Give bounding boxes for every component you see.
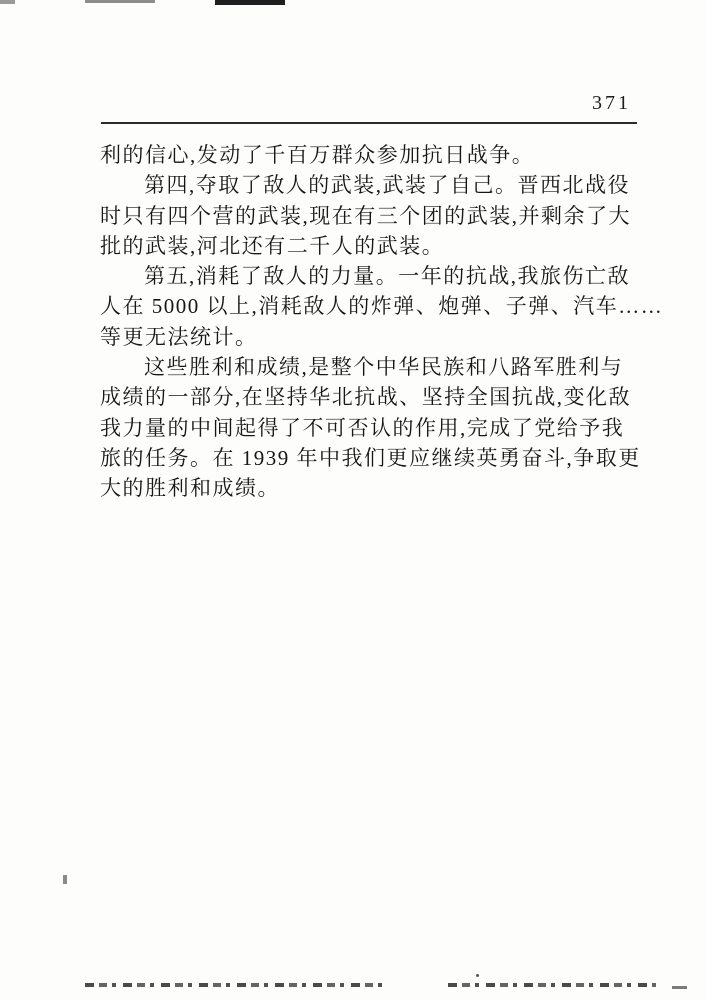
- text-line: 批的武装,河北还有二千人的武装。: [100, 231, 652, 261]
- text-line: 大的胜利和成绩。: [100, 473, 652, 503]
- text-line: 等更无法统计。: [100, 322, 652, 352]
- scan-smudge-bottom-right: [448, 983, 656, 987]
- header-rule: [101, 122, 637, 124]
- scan-artifact-top-left: [0, 0, 15, 4]
- text-line: 旅的任务。在 1939 年中我们更应继续英勇奋斗,争取更: [100, 443, 652, 473]
- scan-smudge-bottom-left: [85, 983, 385, 987]
- text-line: 第五,消耗了敌人的力量。一年的抗战,我旅伤亡敌: [100, 261, 652, 291]
- text-line: 利的信心,发动了千百万群众参加抗日战争。: [100, 140, 652, 170]
- scan-speck-bottom-right: [672, 986, 687, 989]
- text-line: 人在 5000 以上,消耗敌人的炸弹、炮弹、子弹、汽车……: [100, 291, 652, 321]
- page-number: 371: [592, 92, 631, 115]
- text-line: 成绩的一部分,在坚持华北抗战、坚持全国抗战,变化敌: [100, 382, 652, 412]
- scan-artifact-top-mid: [85, 0, 155, 3]
- scanned-book-page: 371 利的信心,发动了千百万群众参加抗日战争。 第四,夺取了敌人的武装,武装了…: [0, 0, 707, 1000]
- scan-speck-bottom: [476, 974, 479, 977]
- text-line: 我力量的中间起得了不可否认的作用,完成了党给予我: [100, 413, 652, 443]
- text-line: 第四,夺取了敌人的武装,武装了自己。晋西北战役: [100, 170, 652, 200]
- scan-artifact-top-dark: [215, 0, 285, 5]
- text-line: 这些胜利和成绩,是整个中华民族和八路军胜利与: [100, 352, 652, 382]
- scan-speck-left: [63, 875, 67, 884]
- body-text: 利的信心,发动了千百万群众参加抗日战争。 第四,夺取了敌人的武装,武装了自己。晋…: [100, 140, 652, 504]
- text-line: 时只有四个营的武装,现在有三个团的武装,并剩余了大: [100, 201, 652, 231]
